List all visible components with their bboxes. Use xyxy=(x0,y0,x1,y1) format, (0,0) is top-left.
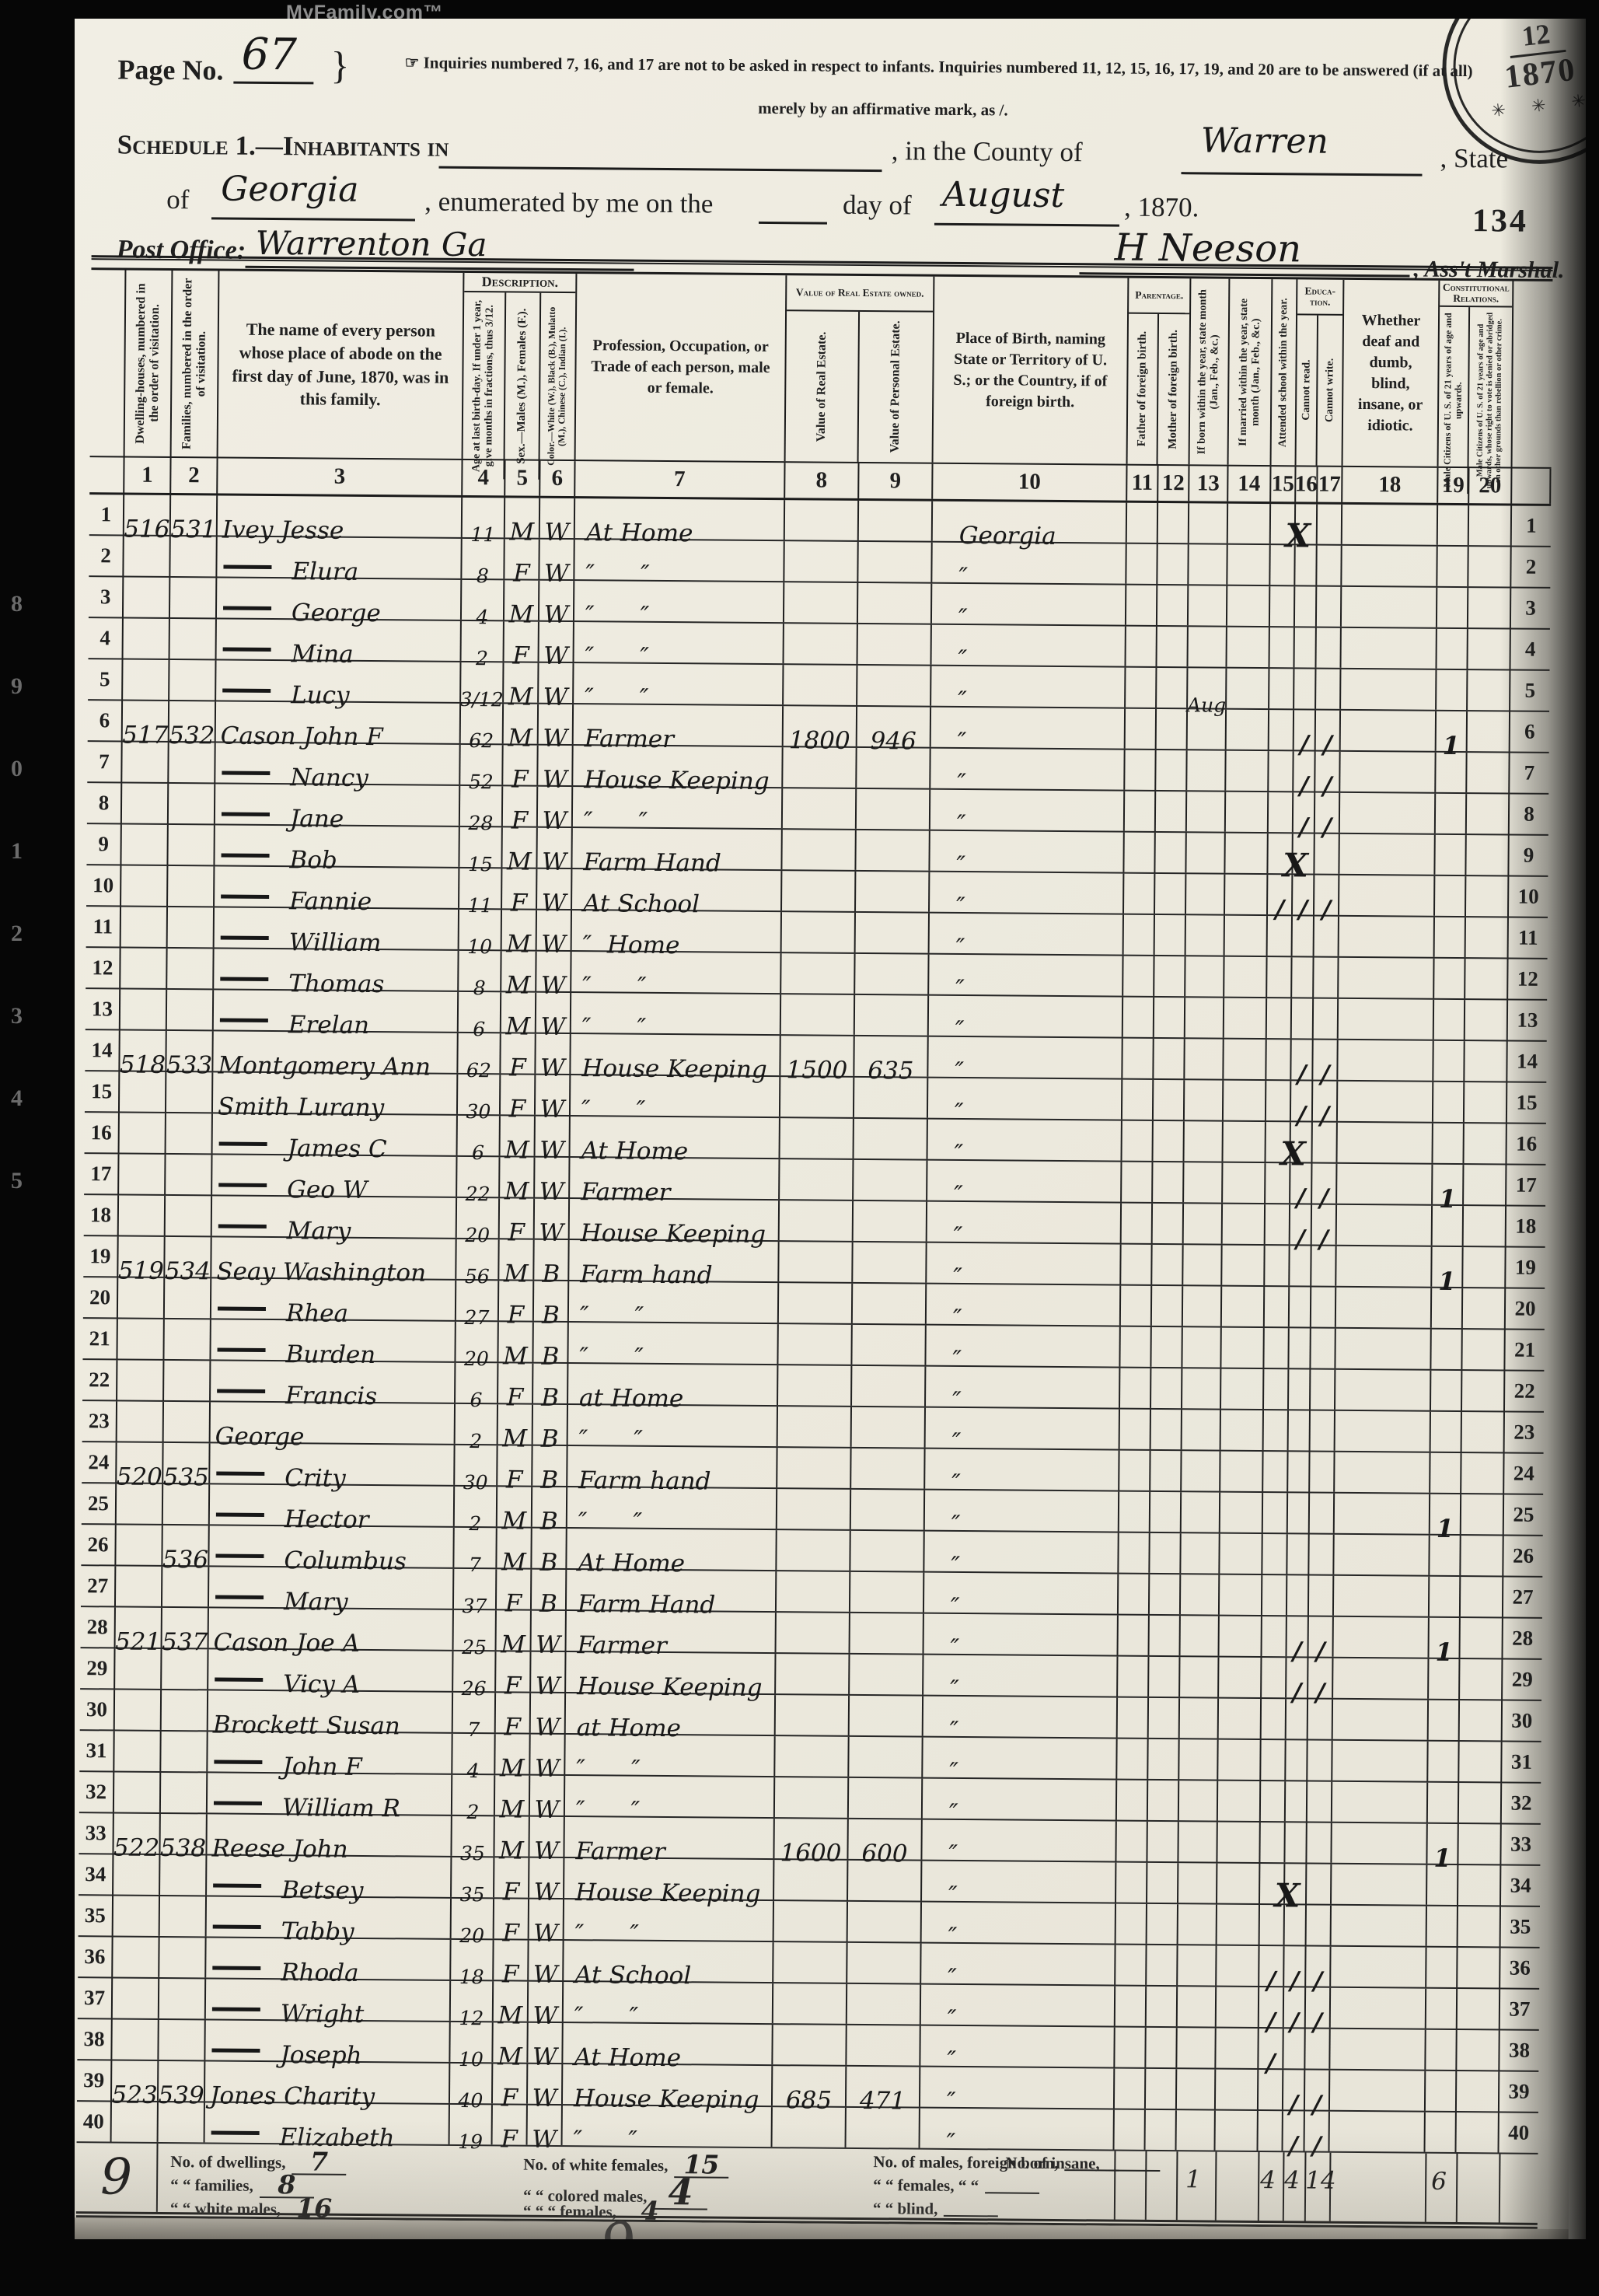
cell-mother-foreign xyxy=(1148,1739,1179,1779)
cell-name: Jones Charity xyxy=(205,2061,450,2102)
cell-personal-estate xyxy=(853,1242,927,1283)
line-number-right: 28 xyxy=(1503,1618,1541,1658)
cell-month-married xyxy=(1222,1246,1265,1285)
cell-sex: M xyxy=(501,1116,536,1155)
cell-age: 37 xyxy=(454,1569,497,1609)
day-of-label: day of xyxy=(843,190,912,222)
cell-occupation: Farm Hand xyxy=(567,1570,777,1611)
cell-personal-estate xyxy=(852,1366,926,1407)
cell-occupation: ″ ″ xyxy=(573,787,783,828)
cell-age: 20 xyxy=(457,1198,500,1238)
cell-occupation: At Home xyxy=(571,1117,780,1158)
cell-birthplace: ″ xyxy=(927,1284,1121,1326)
cell-cannot-read xyxy=(1285,1822,1307,1862)
cell-father-foreign xyxy=(1119,1574,1150,1614)
cell-occupation: At Home xyxy=(567,1529,777,1570)
cell-deaf-dumb xyxy=(1341,669,1437,710)
cell-father-foreign xyxy=(1125,792,1156,831)
cell-dwelling xyxy=(121,866,168,906)
cell-father-foreign xyxy=(1121,1245,1152,1284)
cell-vote-denied xyxy=(1458,1865,1501,1905)
cell-male-citizen xyxy=(1434,1000,1465,1040)
cell-deaf-dumb xyxy=(1337,1205,1433,1246)
footer-item-label: No. of dwellings, xyxy=(170,2152,285,2172)
family-continuation-dash xyxy=(215,1595,264,1599)
cell-age: 8 xyxy=(459,951,501,991)
cell-name: James C xyxy=(213,1113,458,1155)
footer-grid-line xyxy=(1425,2154,1427,2222)
family-continuation-dash xyxy=(211,2130,260,2134)
cell-male-citizen xyxy=(1436,794,1467,833)
line-number-left: 39 xyxy=(77,2060,112,2100)
sheet-number: 134 xyxy=(1472,202,1528,240)
cell-month-married xyxy=(1228,504,1271,543)
cell-family xyxy=(168,866,215,906)
cell-dwelling xyxy=(114,1731,161,1770)
cell-name: Betsey xyxy=(207,1855,452,1896)
cell-month-married xyxy=(1224,1040,1266,1079)
cell-personal-estate xyxy=(848,1861,922,1901)
col-header-male-citizen: Male Citizens of U. S. of 21 years of ag… xyxy=(1438,307,1470,494)
cell-occupation: Farmer xyxy=(574,704,784,746)
cell-vote-denied xyxy=(1466,917,1509,957)
cell-personal-estate xyxy=(851,1449,925,1489)
cell-family xyxy=(169,784,215,823)
cell-family: 533 xyxy=(166,1031,213,1071)
cell-attended-school xyxy=(1266,1163,1290,1203)
cell-deaf-dumb xyxy=(1339,917,1435,957)
cell-sex: M xyxy=(499,1239,534,1279)
cell-personal-estate xyxy=(847,1984,921,2025)
cell-sex: M xyxy=(498,1404,533,1444)
footer-summary: No. of dwellings,7No. of white females,1… xyxy=(158,2144,1538,2223)
cell-month-born xyxy=(1182,1451,1220,1490)
cell-vote-denied xyxy=(1468,588,1511,627)
cell-male-citizen xyxy=(1430,1453,1461,1493)
cell-age: 7 xyxy=(453,1693,496,1732)
cell-personal-estate: 946 xyxy=(857,707,931,747)
cell-father-foreign xyxy=(1126,627,1157,666)
cell-birthplace: ″ xyxy=(923,1779,1117,1820)
cell-color: W xyxy=(536,1034,571,1074)
cell-male-citizen xyxy=(1426,2071,1457,2111)
footer-item-label: No. of white females, xyxy=(523,2155,668,2175)
cell-age: 11 xyxy=(459,868,502,908)
cell-dwelling xyxy=(115,1648,162,1688)
cell-month-married xyxy=(1220,1534,1262,1574)
cell-dwelling xyxy=(117,1401,164,1441)
cell-vote-denied xyxy=(1459,1783,1502,1822)
cell-real-estate xyxy=(783,747,857,788)
cell-month-born: Aug xyxy=(1188,668,1227,708)
cell-cannot-write xyxy=(1316,669,1341,709)
cell-age: 52 xyxy=(460,745,503,785)
cell-sex: F xyxy=(496,1693,531,1732)
cell-birthplace: ″ xyxy=(932,625,1126,666)
cell-family: 535 xyxy=(163,1443,210,1483)
cell-personal-estate: 600 xyxy=(848,1819,922,1860)
cell-deaf-dumb xyxy=(1338,1040,1433,1081)
cell-father-foreign xyxy=(1122,1039,1154,1078)
cell-cannot-read: / xyxy=(1291,1040,1313,1079)
cell-color: W xyxy=(536,993,571,1033)
line-number-right: 8 xyxy=(1510,795,1548,834)
cell-family: 538 xyxy=(160,1814,207,1854)
cell-month-married xyxy=(1219,1699,1262,1739)
cell-male-citizen xyxy=(1426,2113,1457,2152)
line-number-right: 15 xyxy=(1507,1083,1546,1123)
column-number: 7 xyxy=(575,461,785,498)
cell-month-married xyxy=(1224,957,1267,997)
cell-age: 6 xyxy=(458,1116,501,1155)
cell-deaf-dumb xyxy=(1335,1329,1431,1369)
cell-month-born xyxy=(1185,1080,1224,1120)
cell-month-born xyxy=(1177,2110,1216,2150)
cell-male-citizen: 1 xyxy=(1429,1618,1460,1658)
cell-birthplace: ″ xyxy=(926,1408,1120,1449)
cell-family xyxy=(165,1278,211,1318)
cell-male-citizen xyxy=(1427,1906,1458,1946)
cell-age: 15 xyxy=(459,827,502,867)
census-content: 12 1870 ✳ ✳ ✳ Page No. 67 } ☞ Inquiries … xyxy=(75,19,1586,2239)
line-number-right: 39 xyxy=(1499,2071,1538,2111)
cell-birthplace: ″ xyxy=(926,1367,1120,1408)
cell-deaf-dumb xyxy=(1342,587,1437,627)
cell-occupation: House Keeping xyxy=(564,1858,774,1899)
cell-personal-estate xyxy=(857,789,930,830)
cell-male-citizen xyxy=(1435,835,1466,875)
page-no-value: 67 xyxy=(233,30,314,85)
cell-dwelling xyxy=(124,536,170,576)
cell-birthplace: ″ xyxy=(925,1490,1119,1532)
cell-occupation: ″ ″ xyxy=(563,2106,773,2147)
cell-color: W xyxy=(531,1652,566,1692)
cell-sex: F xyxy=(500,1198,535,1238)
line-number-left: 7 xyxy=(87,742,122,781)
cell-sex: M xyxy=(498,1487,532,1526)
cell-real-estate xyxy=(777,1489,851,1529)
line-number-right: 4 xyxy=(1510,630,1549,669)
cell-color: B xyxy=(532,1570,567,1609)
cell-male-citizen xyxy=(1437,588,1468,627)
cell-attended-school xyxy=(1269,792,1294,832)
cell-mother-foreign xyxy=(1150,1574,1181,1614)
cell-family xyxy=(164,1361,211,1400)
cell-male-citizen xyxy=(1429,1659,1460,1699)
cell-cannot-write xyxy=(1310,1452,1335,1492)
cell-occupation: ″ ″ xyxy=(571,1075,780,1117)
cell-month-born xyxy=(1185,1039,1224,1078)
cell-male-citizen xyxy=(1428,1742,1459,1781)
cell-month-married xyxy=(1219,1658,1262,1697)
cell-vote-denied xyxy=(1461,1494,1504,1534)
cell-name: Cason John F xyxy=(216,701,461,743)
cell-deaf-dumb xyxy=(1335,1494,1430,1534)
cell-real-estate xyxy=(773,2107,847,2147)
county-blank xyxy=(1181,172,1422,176)
cell-real-estate xyxy=(781,994,855,1035)
cell-dwelling xyxy=(119,1154,166,1193)
cell-age: 20 xyxy=(452,1899,494,1938)
cell-deaf-dumb xyxy=(1335,1370,1431,1410)
cell-dwelling xyxy=(120,1072,166,1112)
footer-item-value xyxy=(944,2215,998,2217)
cell-color: B xyxy=(533,1364,568,1403)
column-number: 20 xyxy=(1469,468,1512,503)
cell-dwelling xyxy=(113,1854,160,1894)
cell-sex: F xyxy=(496,1651,531,1691)
cell-male-citizen xyxy=(1437,670,1468,710)
cell-family xyxy=(166,1072,213,1112)
line-number-left: 36 xyxy=(78,1937,113,1976)
cell-name: Reese John xyxy=(207,1814,452,1855)
cell-color: W xyxy=(537,910,572,950)
cell-sex: M xyxy=(494,1816,529,1856)
cell-male-citizen xyxy=(1437,629,1468,669)
cell-family xyxy=(161,1732,208,1771)
cell-vote-denied xyxy=(1458,1906,1501,1946)
cell-birthplace: ″ xyxy=(926,1326,1120,1367)
cell-cannot-read xyxy=(1295,586,1317,626)
cell-color: W xyxy=(536,952,571,991)
column-number: 3 xyxy=(218,458,463,494)
cell-father-foreign xyxy=(1118,1657,1149,1697)
cell-age: 26 xyxy=(453,1651,496,1691)
cell-father-foreign xyxy=(1116,1822,1147,1861)
line-number-left: 40 xyxy=(77,2102,112,2141)
cell-vote-denied xyxy=(1461,1453,1504,1493)
cell-deaf-dumb xyxy=(1332,1782,1428,1822)
cell-mother-foreign xyxy=(1151,1368,1182,1408)
cell-dwelling xyxy=(123,660,169,700)
cell-vote-denied xyxy=(1468,670,1510,710)
cell-name: Mary xyxy=(212,1196,457,1237)
cell-cannot-write xyxy=(1314,999,1339,1039)
line-number-right: 31 xyxy=(1502,1742,1541,1781)
line-number-left: 10 xyxy=(86,865,121,905)
cell-father-foreign xyxy=(1121,1286,1152,1326)
col-header-month-married: If married within the year, state month … xyxy=(1229,279,1273,465)
footer-item: “ “ females, “ “ xyxy=(873,2175,1039,2196)
cell-month-born xyxy=(1184,1162,1223,1202)
col-header-family: Families, numbered in the order of visit… xyxy=(172,271,220,456)
footer-item: No. of dwellings,7 xyxy=(170,2147,346,2173)
cell-male-citizen xyxy=(1435,876,1466,916)
cell-cannot-write xyxy=(1307,1864,1332,1904)
line-number-right: 30 xyxy=(1503,1700,1541,1740)
cell-month-born xyxy=(1188,709,1227,749)
cell-name: Thomas xyxy=(214,949,459,990)
cell-name: George xyxy=(217,578,462,619)
footer-item: “ “ white males,16 xyxy=(170,2193,342,2220)
line-number-left: 27 xyxy=(81,1566,116,1606)
cell-real-estate xyxy=(775,1736,849,1777)
cell-mother-foreign xyxy=(1150,1533,1181,1573)
cell-vote-denied xyxy=(1460,1700,1503,1740)
cell-vote-denied xyxy=(1464,1206,1506,1246)
cell-attended-school xyxy=(1260,1905,1285,1945)
edge-digit: 3 xyxy=(11,1003,23,1029)
cell-cannot-write xyxy=(1311,1411,1335,1451)
cell-family xyxy=(170,619,217,659)
cell-real-estate: 1500 xyxy=(780,1036,854,1076)
cell-birthplace: ″ xyxy=(924,1573,1119,1614)
col-header-attended-school: Attended school within the year. xyxy=(1272,279,1298,465)
cell-cannot-write: / xyxy=(1313,1040,1338,1080)
line-number-right: 5 xyxy=(1510,671,1549,711)
cell-real-estate xyxy=(778,1365,852,1406)
cell-month-married xyxy=(1226,751,1269,791)
cell-personal-estate xyxy=(856,830,930,871)
stamp-day: 12 xyxy=(1506,19,1566,58)
cell-age: 7 xyxy=(454,1528,497,1567)
family-continuation-dash xyxy=(216,1512,264,1516)
cell-deaf-dumb xyxy=(1339,875,1435,916)
line-number-left: 30 xyxy=(80,1690,115,1729)
cell-real-estate xyxy=(780,1200,854,1241)
cell-month-born xyxy=(1177,2069,1216,2109)
of-label: of xyxy=(166,184,189,215)
cell-birthplace: ″ xyxy=(920,2067,1115,2109)
cell-dwelling xyxy=(115,1690,162,1729)
cell-mother-foreign xyxy=(1146,2069,1177,2109)
cell-family xyxy=(160,1896,207,1936)
cell-vote-denied xyxy=(1460,1659,1503,1699)
cell-mother-foreign xyxy=(1146,2028,1177,2067)
family-continuation-dash xyxy=(220,1019,268,1022)
cell-personal-estate xyxy=(854,1119,928,1159)
cell-month-married xyxy=(1217,1822,1260,1862)
footer-grid-line xyxy=(1114,2151,1116,2220)
cell-name: Elizabeth xyxy=(205,2102,450,2144)
cell-age: 4 xyxy=(462,580,504,620)
cell-sex: F xyxy=(499,1281,534,1320)
cell-month-married xyxy=(1216,2070,1259,2109)
cell-occupation: Farmer xyxy=(564,1817,774,1858)
cell-attended-school xyxy=(1262,1575,1287,1615)
cell-male-citizen xyxy=(1433,1082,1465,1122)
page-no-label: Page No. xyxy=(117,53,223,86)
cell-cannot-write: / xyxy=(1312,1164,1337,1204)
scanned-census-page: MyFamily.com™ 89012345 12 1870 ✳ ✳ ✳ Pag… xyxy=(0,0,1599,2296)
cell-father-foreign xyxy=(1126,709,1157,749)
cell-color: W xyxy=(536,1075,571,1115)
cell-cannot-write xyxy=(1317,546,1342,585)
col-header-occupation: Profession, Occupation, or Trade of each… xyxy=(576,274,787,461)
cell-mother-foreign xyxy=(1150,1616,1181,1655)
cell-birthplace: ″ xyxy=(923,1697,1118,1738)
cell-birthplace: ″ xyxy=(931,708,1126,749)
cell-real-estate xyxy=(782,830,856,870)
cell-family: 531 xyxy=(171,495,218,535)
cell-occupation: House Keeping xyxy=(566,1652,776,1693)
cell-month-married xyxy=(1227,586,1270,626)
cell-birthplace: ″ xyxy=(930,749,1125,790)
cell-birthplace: ″ xyxy=(920,2026,1115,2067)
cell-vote-denied xyxy=(1468,547,1511,586)
cell-color: W xyxy=(540,498,575,538)
cell-deaf-dumb xyxy=(1340,793,1436,833)
cell-mother-foreign xyxy=(1155,833,1186,872)
cell-month-married xyxy=(1218,1781,1261,1821)
cell-color: W xyxy=(537,828,572,868)
cell-dwelling xyxy=(117,1319,164,1358)
cell-male-citizen xyxy=(1431,1330,1462,1369)
cell-month-married xyxy=(1220,1575,1262,1615)
cell-real-estate xyxy=(780,1118,854,1158)
col-header-cannot-read: Cannot read. xyxy=(1297,315,1319,465)
state-blank xyxy=(211,217,415,221)
cell-name: Rhea xyxy=(211,1278,456,1319)
cell-month-married xyxy=(1227,669,1269,708)
cell-color: W xyxy=(536,1117,571,1156)
line-number-right: 32 xyxy=(1502,1783,1541,1822)
cell-occupation: ″ ″ xyxy=(565,1735,775,1776)
group-constitutional: Constitutional Relations. Male Citizens … xyxy=(1439,281,1514,467)
cell-month-married xyxy=(1224,1081,1266,1120)
cell-sex: F xyxy=(503,745,538,785)
cell-attended-school xyxy=(1260,1822,1285,1862)
line-number-right: 3 xyxy=(1511,589,1550,628)
cell-real-estate xyxy=(780,1077,854,1117)
cell-cannot-read xyxy=(1289,1328,1311,1368)
cell-mother-foreign xyxy=(1157,627,1189,666)
line-number-right: 17 xyxy=(1506,1165,1545,1205)
cell-attended-school: / xyxy=(1259,2029,1283,2068)
cell-cannot-read xyxy=(1288,1452,1310,1491)
cell-dwelling xyxy=(117,1483,163,1523)
footer-item: No. of white females,15 xyxy=(523,2150,728,2176)
cell-name: Francis xyxy=(211,1361,456,1402)
cell-attended-school xyxy=(1262,1616,1287,1656)
cell-color: W xyxy=(538,746,573,785)
col-header-personal-estate: Value of Personal Estate. xyxy=(859,312,933,463)
cell-cannot-read: / xyxy=(1283,2070,1305,2109)
cell-attended-school xyxy=(1261,1781,1286,1821)
cell-personal-estate xyxy=(853,1284,927,1324)
cell-father-foreign xyxy=(1116,1863,1147,1903)
cell-father-foreign xyxy=(1115,2110,1146,2150)
cell-father-foreign xyxy=(1119,1533,1150,1573)
cell-dwelling xyxy=(122,743,169,782)
col-header-father-foreign: Father of foreign birth. xyxy=(1128,314,1160,464)
group-parentage: Parentage. Father of foreign birth. Moth… xyxy=(1128,278,1192,465)
cell-occupation: at Home xyxy=(566,1693,776,1735)
footer-item: “ “ blind, xyxy=(873,2199,999,2219)
cell-attended-school xyxy=(1269,627,1294,667)
footer-tally: 1 xyxy=(1185,2165,1201,2193)
cell-month-born xyxy=(1182,1410,1221,1449)
column-number: 17 xyxy=(1318,467,1342,502)
line-number-right: 34 xyxy=(1501,1865,1540,1905)
cell-real-estate xyxy=(779,1242,853,1282)
cell-age: 8 xyxy=(462,539,504,578)
cell-name: Cason Joe A xyxy=(209,1608,454,1649)
cell-father-foreign xyxy=(1122,1121,1154,1161)
cell-occupation: At Home xyxy=(575,498,785,540)
cell-personal-estate xyxy=(847,2025,920,2066)
cell-vote-denied xyxy=(1466,876,1509,916)
cell-vote-denied xyxy=(1457,2113,1499,2152)
cell-dwelling: 518 xyxy=(120,1031,166,1071)
cell-cannot-read: / xyxy=(1294,751,1315,791)
cell-family xyxy=(159,1979,206,2018)
cell-occupation: ″ ″ xyxy=(569,1281,779,1323)
cell-month-born xyxy=(1184,1204,1223,1243)
cell-deaf-dumb xyxy=(1334,1535,1430,1575)
line-number-right: 23 xyxy=(1505,1413,1544,1452)
cell-occupation: House Keeping xyxy=(573,746,783,787)
